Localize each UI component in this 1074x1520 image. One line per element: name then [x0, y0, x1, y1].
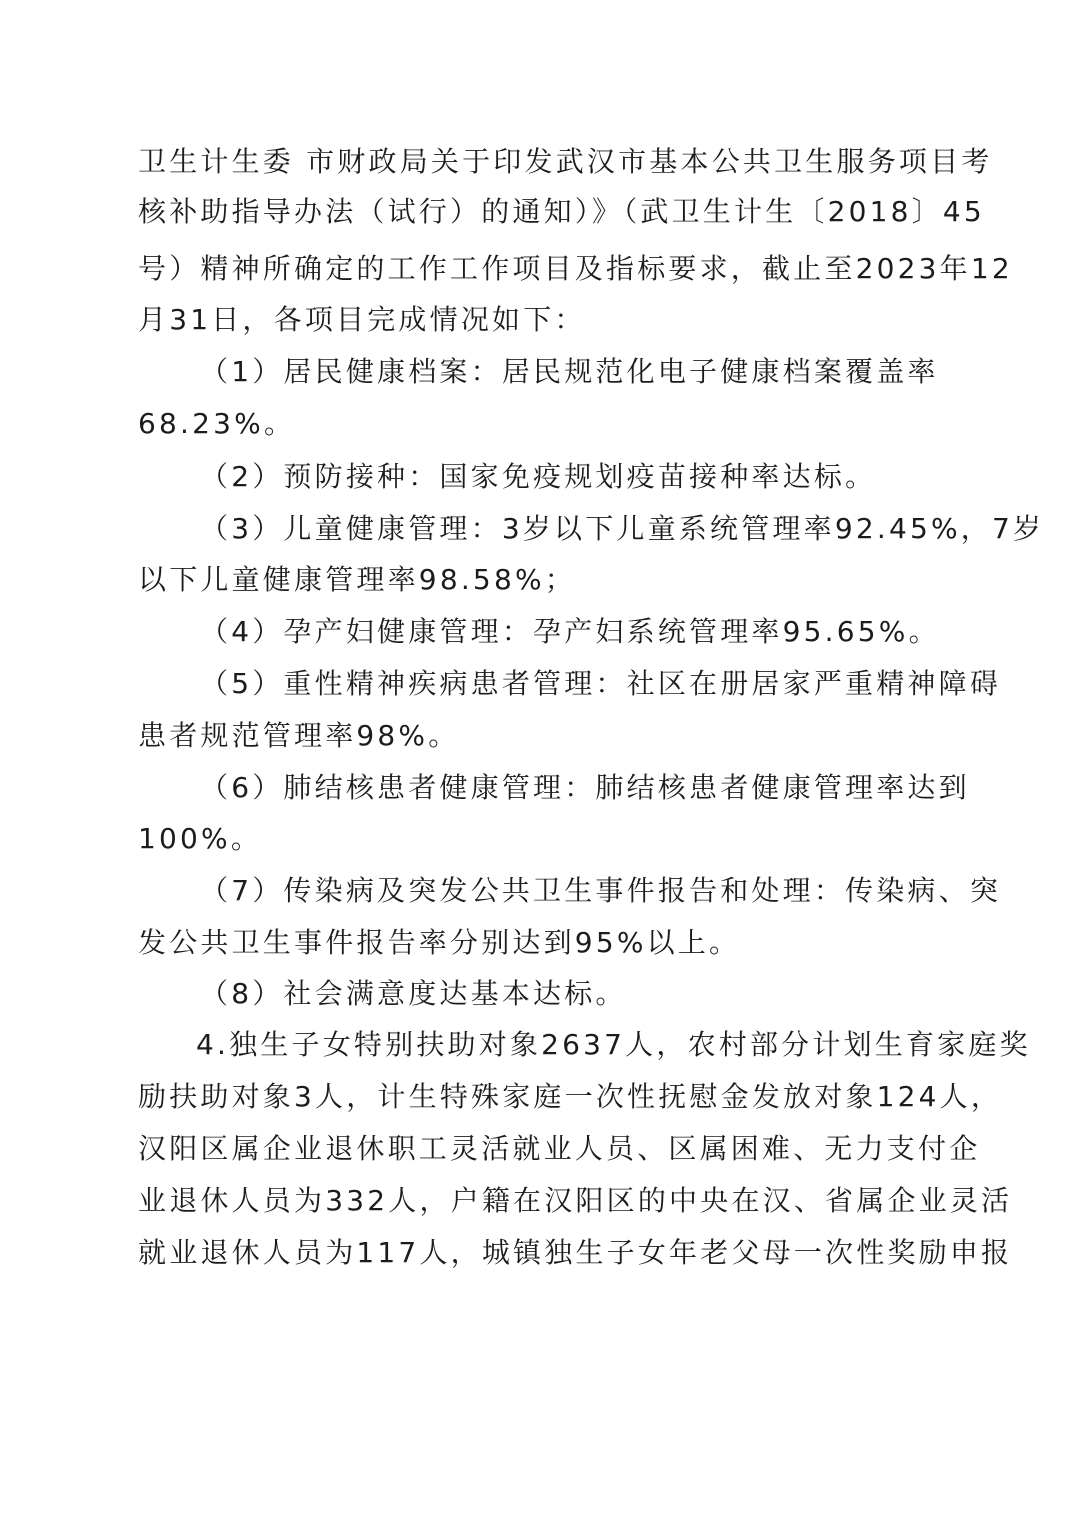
- list-item-8: （8）社会满意度达基本达标。: [200, 977, 627, 1011]
- document-page: 卫生计生委 市财政局关于印发武汉市基本公共卫生服务项目考 核补助指导办法（试行）…: [0, 0, 1074, 1520]
- paragraph-4-line-4: 业退休人员为332人，户籍在汉阳区的中央在汉、省属企业灵活: [138, 1184, 1012, 1218]
- text-line-4: 月31日，各项目完成情况如下：: [138, 303, 586, 337]
- list-item-3-line-1: （3）儿童健康管理：3岁以下儿童系统管理率92.45%，7岁: [200, 512, 1044, 546]
- list-item-6-line-1: （6）肺结核患者健康管理：肺结核患者健康管理率达到: [200, 771, 970, 805]
- text-line-1: 卫生计生委 市财政局关于印发武汉市基本公共卫生服务项目考: [138, 145, 993, 179]
- paragraph-4-line-3: 汉阳区属企业退休职工灵活就业人员、区属困难、无力支付企: [138, 1132, 980, 1166]
- paragraph-4-line-5: 就业退休人员为117人，城镇独生子女年老父母一次性奖励申报: [138, 1236, 1012, 1270]
- list-item-5-line-2: 患者规范管理率98%。: [138, 719, 459, 753]
- text-line-3: 号）精神所确定的工作工作项目及指标要求，截止至2023年12: [138, 252, 1013, 286]
- list-item-5-line-1: （5）重性精神疾病患者管理：社区在册居家严重精神障碍: [200, 667, 1001, 701]
- list-item-3-line-2: 以下儿童健康管理率98.58%；: [138, 563, 576, 597]
- list-item-7-line-2: 发公共卫生事件报告率分别达到95%以上。: [138, 926, 740, 960]
- list-item-4: （4）孕产妇健康管理：孕产妇系统管理率95.65%。: [200, 615, 940, 649]
- list-item-2: （2）预防接种：国家免疫规划疫苗接种率达标。: [200, 460, 876, 494]
- text-line-2: 核补助指导办法（试行）的通知）》（武卫生计生〔2018〕45: [138, 195, 985, 229]
- list-item-6-line-2: 100%。: [138, 822, 262, 856]
- list-item-7-line-1: （7）传染病及突发公共卫生事件报告和处理：传染病、突: [200, 874, 1001, 908]
- list-item-1-line-1: （1）居民健康档案：居民规范化电子健康档案覆盖率: [200, 355, 939, 389]
- paragraph-4-line-1: 4.独生子女特别扶助对象2637人，农村部分计划生育家庭奖: [196, 1028, 1031, 1062]
- paragraph-4-line-2: 励扶助对象3人，计生特殊家庭一次性抚慰金发放对象124人，: [138, 1080, 1002, 1114]
- list-item-1-line-2: 68.23%。: [138, 407, 295, 441]
